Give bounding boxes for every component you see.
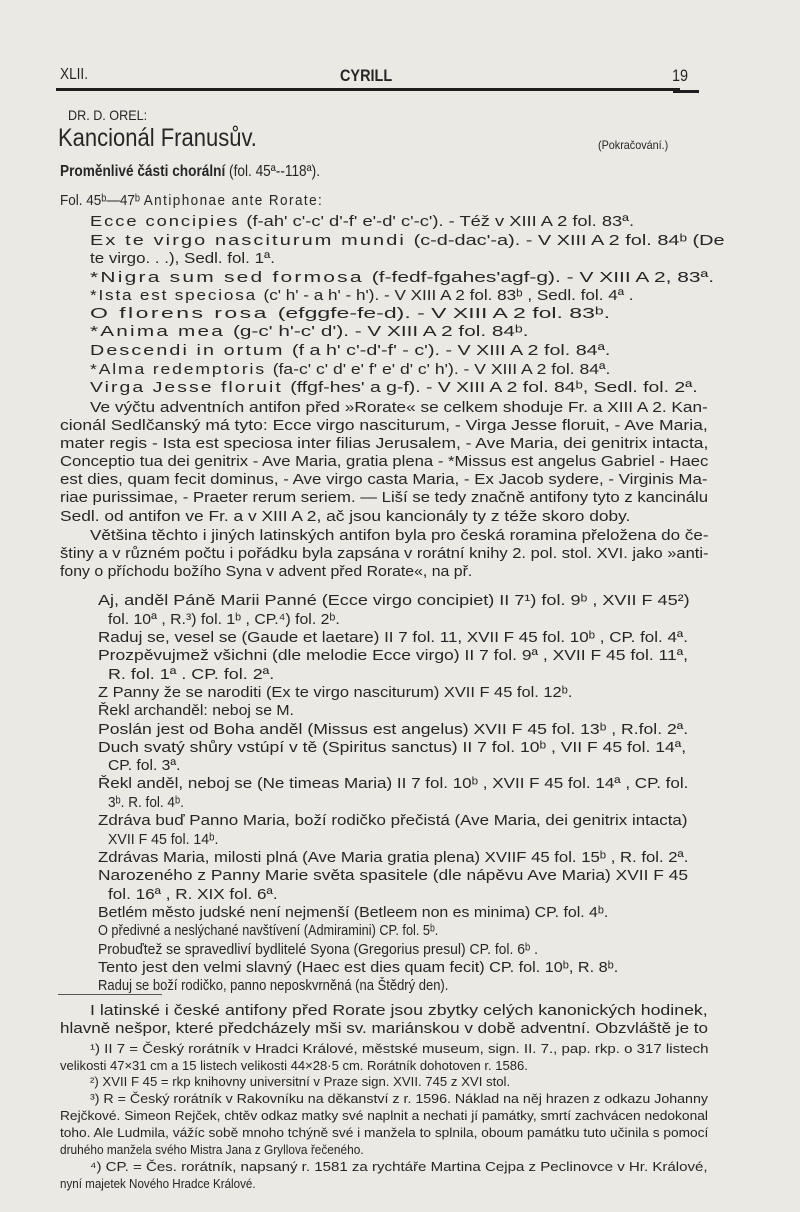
antiphon-source: (efggfe-fe-d). - V XIII A 2 fol. 83ᵇ. (278, 305, 610, 322)
czech-antiphon-line: Z Panny že se naroditi (Ex te virgo nasc… (98, 685, 572, 700)
czech-antiphon-line: Zdráva buď Panno Maria, boží rodičko pře… (98, 813, 687, 828)
paragraph-line: cionál Sedlčanský má tyto: Ecce virgo na… (60, 418, 708, 433)
continuation-note: (Pokračování.) (598, 139, 668, 151)
paragraph-line: est dies, quam fecit dominus, - Ave virg… (60, 472, 707, 487)
footnote-line: ³) R = Český rorátník v Rakovníku na děk… (90, 1093, 708, 1106)
header-rule (56, 88, 680, 91)
czech-antiphon-line: Duch svatý shůry vstúpí v tě (Spiritus s… (98, 740, 686, 755)
footnote-line: ¹) II 7 = Český rorátník v Hradci Králov… (90, 1043, 709, 1056)
antiphon-source: (f-fedf-fgahes'agf-g). - V XIII A 2, 83ª… (372, 269, 714, 286)
antiphon-source: (f-ah' c'-c' d'-f' e'-d' c'-c'). - Též v… (246, 213, 634, 230)
footnote-line: druhého manžela svého Mistra Jana z Gryl… (60, 1144, 364, 1157)
antiphon-line: Ecce concipies (f-ah' c'-c' d'-f' e'-d' … (90, 214, 634, 229)
antiphon-line: *Alma redemptoris (fa-c' c' d' e' f' e' … (90, 362, 610, 377)
antiphon-line: *Ista est speciosa (c' h' - a h' - h'). … (90, 288, 634, 303)
page-number: 19 (672, 66, 688, 86)
paragraph-line: mater regis - Ista est speciosa inter fi… (60, 436, 708, 451)
article-author: DR. D. OREL: (68, 108, 147, 122)
antiphons-title: Antiphonae ante Rorate: (144, 192, 323, 209)
section-heading: Proměnlivé části chorální (fol. 45ª--118… (60, 164, 320, 180)
antiphon-source: (f a h' c'-d'-f' - c'). - V XIII A 2 fol… (292, 342, 610, 359)
czech-antiphon-line: Aj, anděl Páně Marii Panné (Ecce virgo c… (98, 593, 690, 608)
section-heading-ref: (fol. 45ª--118ª). (229, 163, 320, 180)
paragraph-line: štiny a v různém počtu i pořádku byla za… (60, 546, 709, 561)
antiphon-incipit: O florens rosa (90, 305, 278, 322)
antiphon-incipit: *Alma redemptoris (90, 361, 273, 378)
czech-antiphon-line: Prozpěvujmež všichni (dle melodie Ecce v… (98, 648, 688, 663)
czech-antiphon-line: Raduj se, vesel se (Gaude et laetare) II… (98, 630, 688, 645)
czech-antiphon-line: Tento jest den velmi slavný (Haec est di… (98, 960, 618, 975)
running-header-volume: XLII. (60, 66, 88, 84)
antiphon-incipit: *Anima mea (90, 323, 233, 340)
czech-antiphon-line: CP. fol. 3ª. (108, 758, 181, 773)
antiphon-incipit: Descendi in ortum (90, 342, 292, 359)
antiphon-source: te virgo. . .), Sedl. fol. 1ª. (90, 250, 275, 267)
footnote-line: Rejčkové. Simeon Rejček, chtěv odkaz mat… (60, 1110, 708, 1123)
antiphons-folio: Fol. 45ᵇ—47ᵇ (60, 192, 140, 209)
czech-antiphon-line: fol. 16ª , R. XIX fol. 6ª. (108, 887, 278, 902)
antiphon-source: (g-c' h'-c' d'). - V XIII A 2 fol. 84ᵇ. (233, 323, 529, 340)
czech-antiphon-line: Betlém město judské není nejmenší (Betle… (98, 905, 608, 920)
paragraph-line: Většina těchto i jiných latinských antif… (90, 528, 709, 543)
antiphon-source: (ffgf-hes' a g-f). - V XIII A 2 fol. 84ᵇ… (290, 379, 697, 396)
antiphon-line: Ex te virgo nasciturum mundi (c-d-dac'-a… (90, 233, 725, 248)
czech-antiphon-line: XVII F 45 fol. 14ᵇ. (108, 832, 218, 847)
czech-antiphon-line: R. fol. 1ª . CP. fol. 2ª. (108, 667, 274, 682)
czech-antiphon-line: 3ᵇ. R. fol. 4ᵇ. (108, 795, 184, 810)
czech-antiphon-line: O předivné a neslýchané navštívení (Admi… (98, 923, 438, 938)
footnote-line: ⁴) CP. = Čes. rorátník, napsaný r. 1581 … (90, 1161, 708, 1174)
paragraph-line: Conceptio tua dei genitrix - Ave Maria, … (60, 454, 708, 469)
article-title: Kancionál Franusův. (58, 126, 257, 151)
antiphon-incipit: Virga Jesse floruit (90, 379, 290, 396)
footnote-line: velikosti 47×31 cm a 15 listech velikost… (60, 1060, 528, 1073)
section-heading-title: Proměnlivé části chorální (60, 163, 225, 180)
footnote-line: nyní majetek Nového Hradce Králové. (60, 1178, 256, 1191)
antiphon-incipit: Ecce concipies (90, 213, 246, 230)
antiphon-line: te virgo. . .), Sedl. fol. 1ª. (90, 251, 275, 266)
czech-antiphon-line: Zdrávas Maria, milosti plná (Ave Maria g… (98, 850, 688, 865)
antiphon-incipit: *Ista est speciosa (90, 287, 264, 304)
antiphon-incipit: Ex te virgo nasciturum mundi (90, 232, 414, 249)
czech-antiphon-line: Probuďtež se spravedliví bydlitelé Syona… (98, 942, 538, 957)
paragraph-line: fony o příchodu božího Syna v advent pře… (60, 564, 472, 579)
paragraph-line: hlavně nešpor, které předcházely mši sv.… (60, 1021, 708, 1036)
antiphon-source: (c-d-dac'-a). - V XIII A 2 fol. 84ᵇ (De (414, 232, 725, 249)
czech-antiphon-line: Narozeného z Panny Marie světa spasitele… (98, 868, 688, 883)
antiphon-source: (fa-c' c' d' e' f' e' d' c' h'). - V XII… (273, 361, 611, 378)
czech-antiphon-line: Raduj se boží rodičko, panno neposkvrněn… (98, 978, 448, 993)
footnote-separator (58, 994, 162, 995)
antiphon-incipit: *Nigra sum sed formosa (90, 269, 372, 286)
antiphon-line: O florens rosa (efggfe-fe-d). - V XIII A… (90, 306, 610, 321)
czech-antiphon-line: Řekl archanděl: neboj se M. (98, 703, 294, 718)
czech-antiphon-line: Řekl anděl, neboj se (Ne timeas Maria) I… (98, 776, 688, 791)
header-rule-page (673, 90, 699, 93)
paragraph-line: Sedl. od antifon ve Fr. a v XIII A 2, ač… (60, 509, 630, 524)
antiphons-heading: Fol. 45ᵇ—47ᵇ Antiphonae ante Rorate: (60, 193, 323, 208)
antiphon-line: Descendi in ortum (f a h' c'-d'-f' - c')… (90, 343, 610, 358)
antiphon-line: *Anima mea (g-c' h'-c' d'). - V XIII A 2… (90, 324, 528, 339)
document-page: XLII. CYRILL 19 DR. D. OREL: Kancionál F… (0, 0, 800, 1212)
czech-antiphon-line: Poslán jest od Boha anděl (Missus est an… (98, 722, 688, 737)
antiphon-line: *Nigra sum sed formosa (f-fedf-fgahes'ag… (90, 270, 714, 285)
paragraph-line: Ve výčtu adventních antifon před »Rorate… (90, 400, 708, 415)
antiphon-source: (c' h' - a h' - h'). - V XIII A 2 fol. 8… (264, 287, 634, 304)
running-header-journal: CYRILL (340, 66, 392, 86)
paragraph-line: I latinské i české antifony před Rorate … (90, 1003, 708, 1018)
footnote-line: toho. Ale Ludmila, vážíc sobě mnoho tchý… (60, 1127, 708, 1140)
antiphon-line: Virga Jesse floruit (ffgf-hes' a g-f). -… (90, 380, 698, 395)
czech-antiphon-line: fol. 10ª , R.³) fol. 1ᵇ , CP.⁴) fol. 2ᵇ. (108, 612, 340, 627)
paragraph-line: riae purissimae, - Praeter rerum seriem.… (60, 490, 708, 505)
footnote-line: ²) XVII F 45 = rkp knihovny universitní … (90, 1076, 510, 1089)
